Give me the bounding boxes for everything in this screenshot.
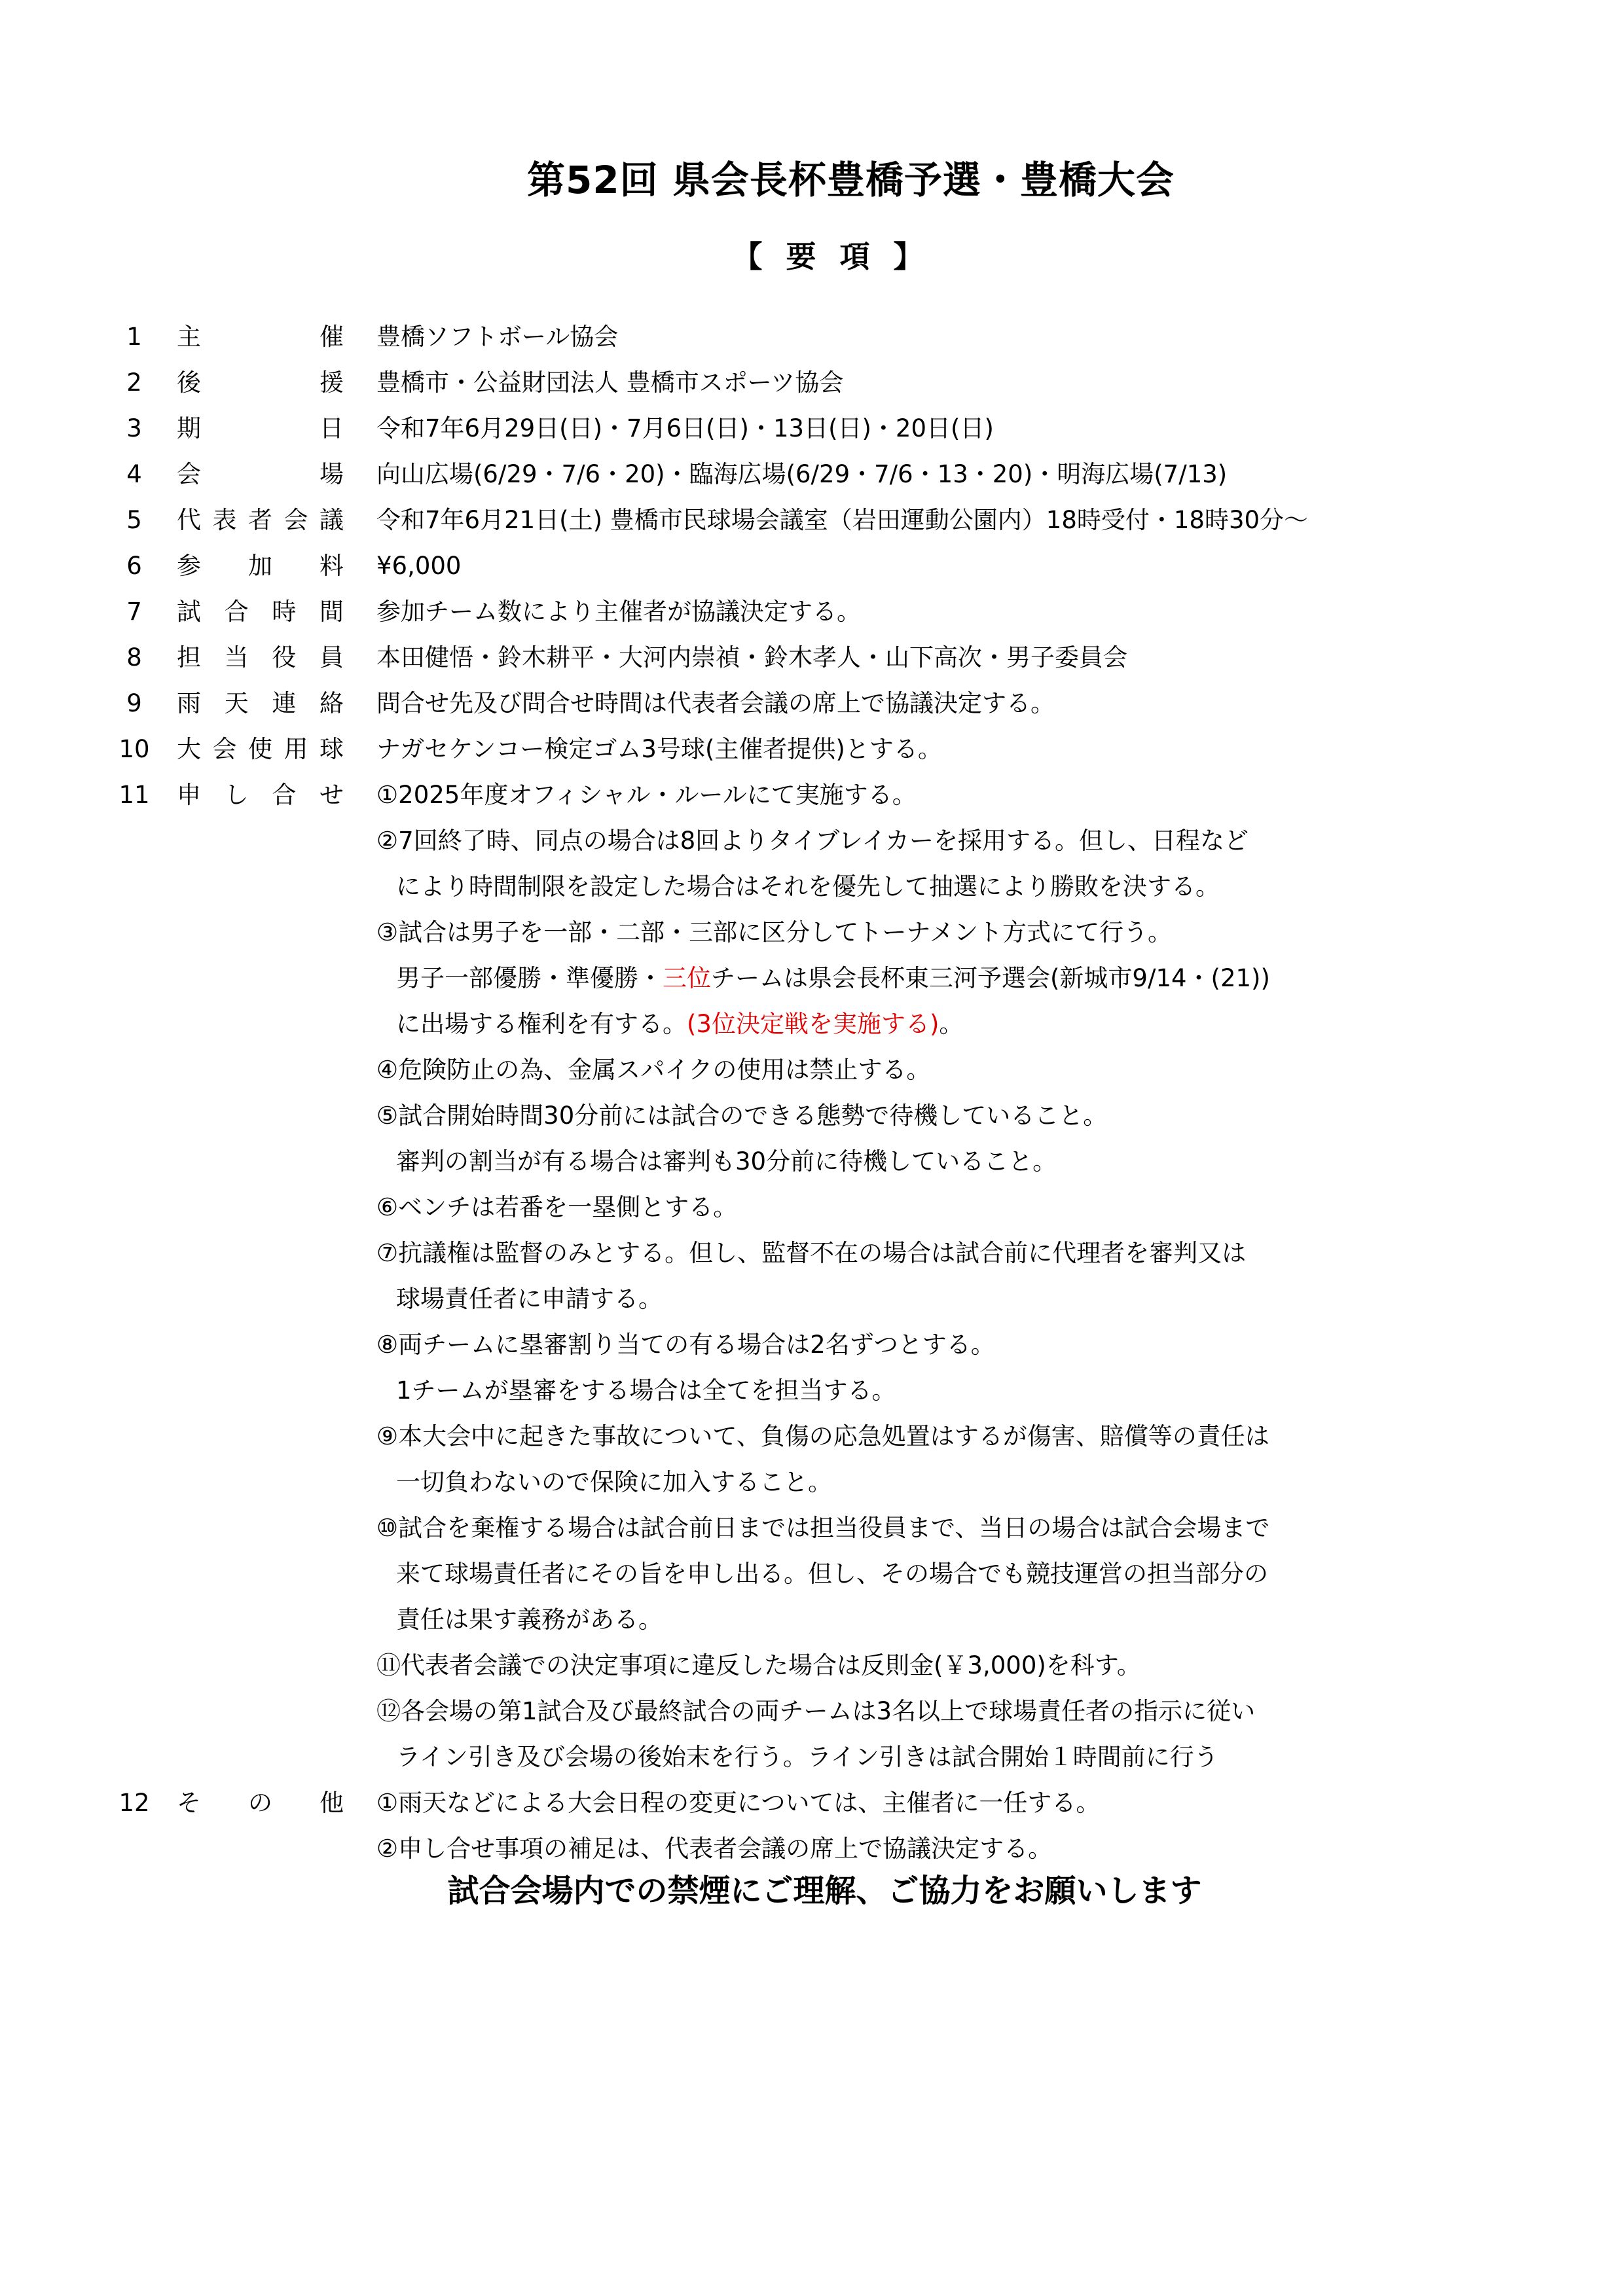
item-row-officials: 8 担 当 役 員 本田健悟・鈴木耕平・大河内崇禎・鈴木孝人・山下高次・男子委員… — [0, 635, 1623, 681]
rule-line: により時間制限を設定した場合はそれを優先して抽選により勝敗を決する。 — [0, 864, 1623, 910]
rule-6: ⑥ベンチは若番を一塁側とする。 — [376, 1185, 737, 1230]
rule-line: 審判の割当が有る場合は審判も30分前に待機していること。 — [0, 1139, 1623, 1185]
rule-10-cont: 来て球場責任者にその旨を申し出る。但し、その場合でも競技運営の担当部分の — [396, 1551, 1268, 1597]
item-label: 主 催 — [177, 314, 344, 360]
item-row-venue: 4 会 場 向山広場(6/29・7/6・20)・臨海広場(6/29・7/6・13… — [0, 452, 1623, 497]
item-number: 12 — [111, 1780, 157, 1826]
rule-4: ④危険防止の為、金属スパイクの使用は禁止する。 — [376, 1047, 930, 1093]
item-number: 6 — [111, 543, 157, 589]
rule-11: ⑪代表者会議での決定事項に違反した場合は反則金(￥3,000)を科す。 — [376, 1643, 1141, 1689]
rule-1: ①2025年度オフィシャル・ルールにて実施する。 — [376, 772, 917, 818]
rule-line: 来て球場責任者にその旨を申し出る。但し、その場合でも競技運営の担当部分の — [0, 1551, 1623, 1597]
item-row-representatives-meeting: 5 代 表 者 会 議 令和7年6月21日(土) 豊橋市民球場会議室（岩田運動公… — [0, 497, 1623, 543]
highlight-third-place: 三位 — [663, 964, 711, 992]
item-row-dates: 3 期 日 令和7年6月29日(日)・7月6日(日)・13日(日)・20日(日) — [0, 406, 1623, 452]
item-label: そ の 他 — [177, 1780, 344, 1826]
item-number: 8 — [111, 635, 157, 681]
document-title: 第52回 県会長杯豊橋予選・豊橋大会 — [0, 149, 1623, 204]
item-number: 3 — [111, 406, 157, 452]
item-value: 向山広場(6/29・7/6・20)・臨海広場(6/29・7/6・13・20)・明… — [376, 452, 1227, 497]
item-number: 7 — [111, 589, 157, 635]
item-label: 後 援 — [177, 360, 344, 406]
rule-5-cont: 審判の割当が有る場合は審判も30分前に待機していること。 — [396, 1139, 1057, 1185]
item-number: 9 — [111, 681, 157, 726]
rule-9-cont: 一切負わないので保険に加入すること。 — [396, 1460, 832, 1505]
rule-10-cont2: 責任は果す義務がある。 — [396, 1597, 663, 1643]
rule-line: ④危険防止の為、金属スパイクの使用は禁止する。 — [0, 1047, 1623, 1093]
rule-line: 1チームが塁審をする場合は全てを担当する。 — [0, 1368, 1623, 1414]
item-row-entry-fee: 6 参 加 料 ¥6,000 — [0, 543, 1623, 589]
item-label: 代 表 者 会 議 — [177, 497, 344, 543]
item-row-game-time: 7 試 合 時 間 参加チーム数により主催者が協議決定する。 — [0, 589, 1623, 635]
rule-line: ⑫各会場の第1試合及び最終試合の両チームは3名以上で球場責任者の指示に従い — [0, 1689, 1623, 1734]
item-value: 令和7年6月21日(土) 豊橋市民球場会議室（岩田運動公園内）18時受付・18時… — [376, 497, 1308, 543]
rule-7-cont: 球場責任者に申請する。 — [396, 1276, 663, 1322]
item-number: 5 — [111, 497, 157, 543]
item-label: 雨 天 連 絡 — [177, 681, 344, 726]
item-number: 10 — [111, 726, 157, 772]
rule-line: ⑤試合開始時間30分前には試合のできる態勢で待機していること。 — [0, 1093, 1623, 1139]
rule-3-cont: 男子一部優勝・準優勝・三位チームは県会長杯東三河予選会(新城市9/14・(21)… — [396, 956, 1270, 1001]
rule-line: ⑩試合を棄権する場合は試合前日までは担当役員まで、当日の場合は試合会場まで — [0, 1505, 1623, 1551]
no-smoking-notice: 試合会場内での禁煙にご理解、ご協力をお願いします — [0, 1865, 1623, 1910]
item-label: 試 合 時 間 — [177, 589, 344, 635]
item-label: 担 当 役 員 — [177, 635, 344, 681]
item-label: 会 場 — [177, 452, 344, 497]
item-number: 1 — [111, 314, 157, 360]
rule-line: ②7回終了時、同点の場合は8回よりタイブレイカーを採用する。但し、日程など — [0, 818, 1623, 864]
rule-12: ⑫各会場の第1試合及び最終試合の両チームは3名以上で球場責任者の指示に従い — [376, 1689, 1255, 1734]
item-value: 令和7年6月29日(日)・7月6日(日)・13日(日)・20日(日) — [376, 406, 994, 452]
rule-line: 男子一部優勝・準優勝・三位チームは県会長杯東三河予選会(新城市9/14・(21)… — [0, 956, 1623, 1001]
rule-8-cont: 1チームが塁審をする場合は全てを担当する。 — [396, 1368, 896, 1414]
item-row-official-ball: 10 大 会 使 用 球 ナガセケンコー検定ゴム3号球(主催者提供)とする。 — [0, 726, 1623, 772]
rule-line: 一切負わないので保険に加入すること。 — [0, 1460, 1623, 1505]
item-value: ¥6,000 — [376, 543, 461, 589]
rule-2-cont: により時間制限を設定した場合はそれを優先して抽選により勝敗を決する。 — [396, 864, 1220, 910]
item-list: 1 主 催 豊橋ソフトボール協会 2 後 援 豊橋市・公益財団法人 豊橋市スポー… — [0, 314, 1623, 1872]
document-subtitle: 【 要 項 】 — [0, 233, 1623, 276]
item-value: 参加チーム数により主催者が協議決定する。 — [376, 589, 861, 635]
rule-line: ⑨本大会中に起きた事故について、負傷の応急処置はするが傷害、賠償等の責任は — [0, 1414, 1623, 1460]
rule-line: ⑪代表者会議での決定事項に違反した場合は反則金(￥3,000)を科す。 — [0, 1643, 1623, 1689]
item-row-organizer: 1 主 催 豊橋ソフトボール協会 — [0, 314, 1623, 360]
item-value: 本田健悟・鈴木耕平・大河内崇禎・鈴木孝人・山下高次・男子委員会 — [376, 635, 1127, 681]
rule-5: ⑤試合開始時間30分前には試合のできる態勢で待機していること。 — [376, 1093, 1107, 1139]
item-label: 期 日 — [177, 406, 344, 452]
item-row-rain-contact: 9 雨 天 連 絡 問合せ先及び問合せ時間は代表者会議の席上で協議決定する。 — [0, 681, 1623, 726]
item-row-agreements: 11 申 し 合 せ ①2025年度オフィシャル・ルールにて実施する。 — [0, 772, 1623, 818]
item-value: 問合せ先及び問合せ時間は代表者会議の席上で協議決定する。 — [376, 681, 1055, 726]
highlight-third-place-playoff: (3位決定戦を実施する) — [687, 1010, 939, 1038]
rule-line: 責任は果す義務がある。 — [0, 1597, 1623, 1643]
rule-line: ⑥ベンチは若番を一塁側とする。 — [0, 1185, 1623, 1230]
rule-7: ⑦抗議権は監督のみとする。但し、監督不在の場合は試合前に代理者を審判又は — [376, 1230, 1246, 1276]
item-value: ナガセケンコー検定ゴム3号球(主催者提供)とする。 — [376, 726, 942, 772]
rule-9: ⑨本大会中に起きた事故について、負傷の応急処置はするが傷害、賠償等の責任は — [376, 1414, 1269, 1460]
rule-line: ⑧両チームに塁審割り当ての有る場合は2名ずつとする。 — [0, 1322, 1623, 1368]
rule-line: に出場する権利を有する。(3位決定戦を実施する)。 — [0, 1001, 1623, 1047]
rule-10: ⑩試合を棄権する場合は試合前日までは担当役員まで、当日の場合は試合会場まで — [376, 1505, 1269, 1551]
item-label: 申 し 合 せ — [177, 772, 344, 818]
rule-line: ③試合は男子を一部・二部・三部に区分してトーナメント方式にて行う。 — [0, 910, 1623, 956]
rule-line: 球場責任者に申請する。 — [0, 1276, 1623, 1322]
item-value: 豊橋ソフトボール協会 — [376, 314, 618, 360]
other-1: ①雨天などによる大会日程の変更については、主催者に一任する。 — [376, 1780, 1100, 1826]
item-row-sponsor: 2 後 援 豊橋市・公益財団法人 豊橋市スポーツ協会 — [0, 360, 1623, 406]
rule-3: ③試合は男子を一部・二部・三部に区分してトーナメント方式にて行う。 — [376, 910, 1172, 956]
rule-3-cont2: に出場する権利を有する。(3位決定戦を実施する)。 — [396, 1001, 963, 1047]
item-value: 豊橋市・公益財団法人 豊橋市スポーツ協会 — [376, 360, 843, 406]
rule-line: ⑦抗議権は監督のみとする。但し、監督不在の場合は試合前に代理者を審判又は — [0, 1230, 1623, 1276]
item-label: 参 加 料 — [177, 543, 344, 589]
item-number: 2 — [111, 360, 157, 406]
rule-line: ライン引き及び会場の後始末を行う。ライン引きは試合開始１時間前に行う — [0, 1734, 1623, 1780]
rule-2: ②7回終了時、同点の場合は8回よりタイブレイカーを採用する。但し、日程など — [376, 818, 1249, 864]
item-number: 4 — [111, 452, 157, 497]
item-row-other: 12 そ の 他 ①雨天などによる大会日程の変更については、主催者に一任する。 — [0, 1780, 1623, 1826]
rule-8: ⑧両チームに塁審割り当ての有る場合は2名ずつとする。 — [376, 1322, 995, 1368]
rule-12-cont: ライン引き及び会場の後始末を行う。ライン引きは試合開始１時間前に行う — [396, 1734, 1218, 1780]
item-label: 大 会 使 用 球 — [177, 726, 344, 772]
item-number: 11 — [111, 772, 157, 818]
